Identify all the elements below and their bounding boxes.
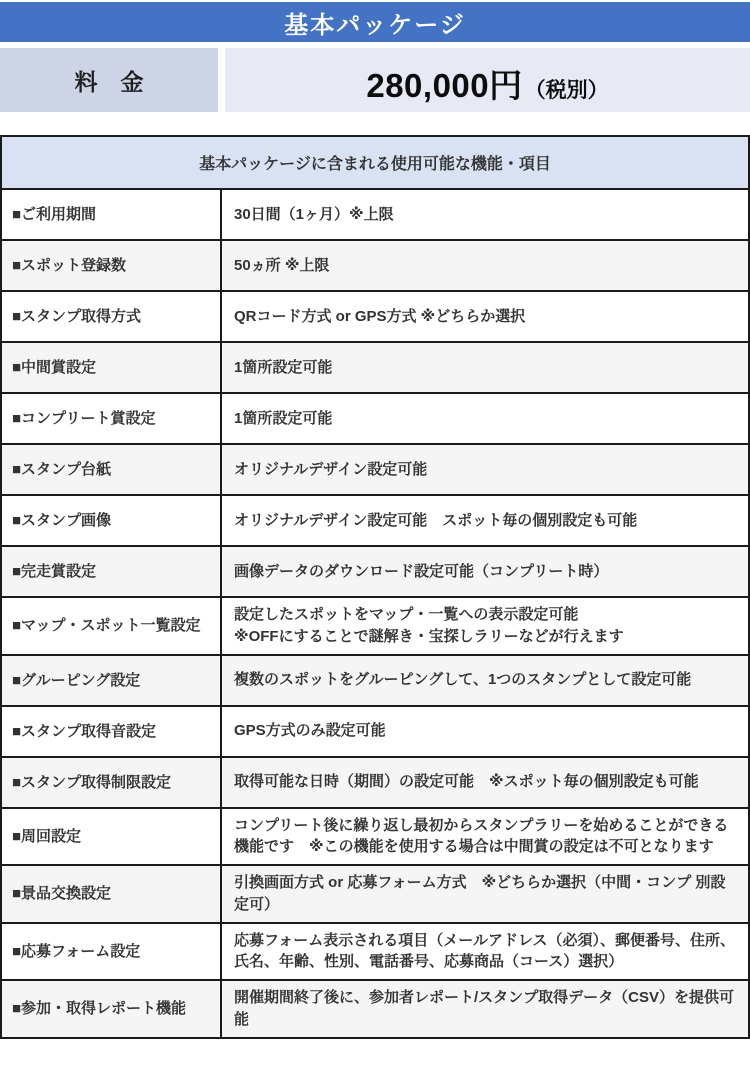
package-title-bar: 基本パッケージ [0,2,750,42]
feature-value: オリジナルデザイン設定可能 スポット毎の個別設定も可能 [221,495,749,546]
feature-row: ■完走賞設定 画像データのダウンロード設定可能（コンプリート時） [1,546,749,597]
features-table-title: 基本パッケージに含まれる使用可能な機能・項目 [1,136,749,189]
feature-value: 画像データのダウンロード設定可能（コンプリート時） [221,546,749,597]
feature-value: 1箇所設定可能 [221,393,749,444]
feature-row: ■コンプリート賞設定 1箇所設定可能 [1,393,749,444]
feature-row: ■景品交換設定 引換画面方式 or 応募フォーム方式 ※どちらか選択（中間・コン… [1,865,749,923]
feature-label: ■参加・取得レポート機能 [1,980,221,1038]
feature-label: ■ご利用期間 [1,189,221,240]
feature-value: 引換画面方式 or 応募フォーム方式 ※どちらか選択（中間・コンプ 別設定可） [221,865,749,923]
feature-label: ■周回設定 [1,808,221,866]
features-table: 基本パッケージに含まれる使用可能な機能・項目 ■ご利用期間 30日間（1ヶ月）※… [0,135,750,1039]
feature-row: ■マップ・スポット一覧設定 設定したスポットをマップ・一覧への表示設定可能 ※O… [1,597,749,655]
price-value-cell: 280,000円 （税別） [225,48,750,112]
feature-label: ■景品交換設定 [1,865,221,923]
feature-label: ■完走賞設定 [1,546,221,597]
feature-value: 50ヵ所 ※上限 [221,240,749,291]
price-label-cell: 料 金 [0,48,218,112]
price-label: 料 金 [75,64,144,97]
price-amount: 280,000円 [366,60,522,107]
feature-label: ■マップ・スポット一覧設定 [1,597,221,655]
feature-row: ■スタンプ取得方式 QRコード方式 or GPS方式 ※どちらか選択 [1,291,749,342]
feature-value: 1箇所設定可能 [221,342,749,393]
feature-row: ■ご利用期間 30日間（1ヶ月）※上限 [1,189,749,240]
feature-row: ■スタンプ取得制限設定 取得可能な日時（期間）の設定可能 ※スポット毎の個別設定… [1,757,749,808]
feature-label: ■コンプリート賞設定 [1,393,221,444]
features-header-row: 基本パッケージに含まれる使用可能な機能・項目 [1,136,749,189]
feature-label: ■スタンプ取得制限設定 [1,757,221,808]
feature-value: 開催期間終了後に、参加者レポート/スタンプ取得データ（CSV）を提供可能 [221,980,749,1038]
package-title: 基本パッケージ [284,5,466,40]
feature-value: 30日間（1ヶ月）※上限 [221,189,749,240]
feature-row: ■参加・取得レポート機能 開催期間終了後に、参加者レポート/スタンプ取得データ（… [1,980,749,1038]
feature-label: ■スポット登録数 [1,240,221,291]
feature-label: ■応募フォーム設定 [1,923,221,981]
feature-row: ■スタンプ台紙 オリジナルデザイン設定可能 [1,444,749,495]
feature-value: 複数のスポットをグルーピングして、1つのスタンプとして設定可能 [221,655,749,706]
feature-row: ■スタンプ取得音設定 GPS方式のみ設定可能 [1,706,749,757]
feature-value: 取得可能な日時（期間）の設定可能 ※スポット毎の個別設定も可能 [221,757,749,808]
feature-value: QRコード方式 or GPS方式 ※どちらか選択 [221,291,749,342]
feature-label: ■スタンプ取得方式 [1,291,221,342]
feature-value: コンプリート後に繰り返し最初からスタンプラリーを始めることができる機能です ※こ… [221,808,749,866]
feature-row: ■スタンプ画像 オリジナルデザイン設定可能 スポット毎の個別設定も可能 [1,495,749,546]
price-tax-note: （税別） [525,74,609,104]
feature-label: ■中間賞設定 [1,342,221,393]
feature-label: ■スタンプ画像 [1,495,221,546]
feature-value: 応募フォーム表示される項目（メールアドレス（必須）、郵便番号、住所、氏名、年齢、… [221,923,749,981]
feature-row: ■中間賞設定 1箇所設定可能 [1,342,749,393]
feature-label: ■スタンプ取得音設定 [1,706,221,757]
feature-row: ■グルーピング設定 複数のスポットをグルーピングして、1つのスタンプとして設定可… [1,655,749,706]
feature-row: ■応募フォーム設定 応募フォーム表示される項目（メールアドレス（必須）、郵便番号… [1,923,749,981]
features-table-body: ■ご利用期間 30日間（1ヶ月）※上限 ■スポット登録数 50ヵ所 ※上限 ■ス… [1,189,749,1038]
feature-row: ■周回設定 コンプリート後に繰り返し最初からスタンプラリーを始めることができる機… [1,808,749,866]
feature-value: GPS方式のみ設定可能 [221,706,749,757]
feature-row: ■スポット登録数 50ヵ所 ※上限 [1,240,749,291]
feature-value: 設定したスポットをマップ・一覧への表示設定可能 ※OFFにすることで謎解き・宝探… [221,597,749,655]
feature-value: オリジナルデザイン設定可能 [221,444,749,495]
features-table-head: 基本パッケージに含まれる使用可能な機能・項目 [1,136,749,189]
feature-label: ■スタンプ台紙 [1,444,221,495]
price-band: 料 金 280,000円 （税別） [0,48,750,112]
pricing-page: 基本パッケージ 料 金 280,000円 （税別） 基本パッケージに含まれる使用… [0,2,750,1039]
feature-label: ■グルーピング設定 [1,655,221,706]
